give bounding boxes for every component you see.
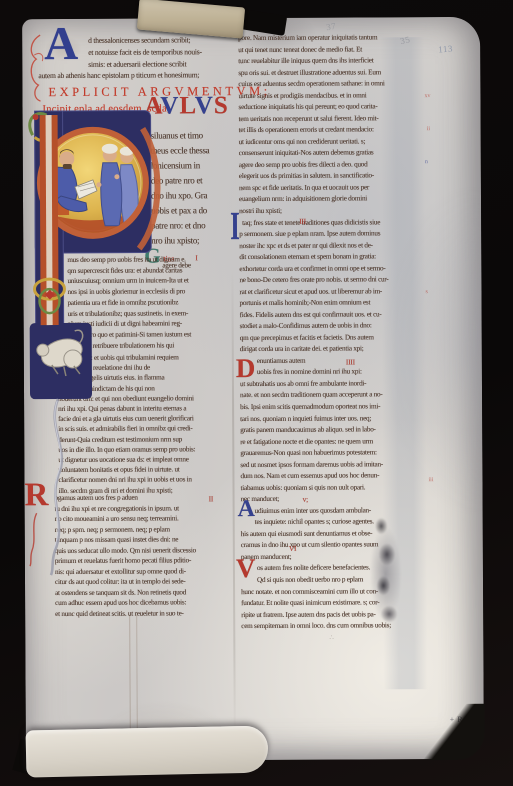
text-line: os autem fres nolite deficere benefacien… [241, 563, 427, 576]
text-line: cuius est aduentus secdm operationem sat… [238, 78, 424, 91]
initial-d: D [236, 355, 255, 382]
section-numeral-ii: II [209, 494, 214, 503]
pencil-collation-mark: + R [450, 715, 463, 724]
text-line: et nunc quid detineat scitis. ut reuelet… [55, 608, 241, 619]
text-line: gratis panem manducauimus ab aliquo. sed… [240, 424, 426, 437]
marginal-mark: s [425, 289, 427, 295]
text-line: fundatur. Et nolite quasi inimicum exist… [241, 597, 427, 610]
text-line: noster ihc xpc et ds et pater nr qui dil… [239, 240, 425, 253]
parchment-repair-strip [26, 725, 269, 777]
text-line: nem spc et fide ueritatis. In qua et uoc… [239, 182, 425, 195]
hand [114, 174, 119, 179]
initial-i: I [230, 206, 240, 246]
section-numeral-vi: VI [289, 544, 296, 553]
hand [96, 182, 101, 187]
capital-letter: V [195, 92, 214, 119]
text-line: enuntiamus autem [240, 355, 426, 368]
text-line: udiuimus enim inter uos quosdam ambulan- [241, 505, 427, 518]
marginal-mark: n [425, 159, 428, 165]
text-line: dit consolationem eternam et spem bonam … [239, 251, 425, 264]
slide-photo: 37 35 113 + R ∴ A d thessalonicenses sec… [0, 0, 513, 786]
text-line: cem sempiternam in omni loco. dns cum om… [241, 620, 427, 633]
paul-beard [63, 164, 72, 169]
text-line: uobis fres in nomine domini nri ihu xpi: [240, 367, 426, 380]
text-line: portunis et malis hominib;-Non enim omni… [240, 297, 426, 310]
text-line: lonicensium in [151, 158, 247, 174]
section-numeral-iiii: IIII [346, 357, 355, 366]
manuscript-page: 37 35 113 + R ∴ A d thessalonicenses sec… [22, 17, 484, 761]
text-line: dirigat corda ura in caritate dei. et pa… [240, 343, 426, 356]
capital-letter: L [179, 92, 195, 119]
text-line: ne bono-De cetero fres orate pro nobis. … [239, 274, 425, 287]
section-numeral-iii: III [299, 217, 306, 226]
capital-letter: V [160, 92, 179, 119]
text-line: spu oris sui. et destruet illustratione … [238, 67, 424, 80]
text-line: re et fatigatione nocte et die opantes: … [240, 436, 426, 449]
text-line: exhortetur corda ura et confirmet in omn… [239, 263, 425, 276]
text-line: tet illis ds operationem erroris ut cred… [239, 124, 425, 137]
text-line: qm que precepimus et facitis et facietis… [240, 332, 426, 345]
pencil-folio-mark: 37 [325, 21, 336, 32]
text-line: elegerit uos ds primitias in salutem. in… [239, 170, 425, 183]
text-line: deo patre nro et [151, 173, 247, 189]
text-line: sed ut nosmet ipsos formam daremus uobis… [240, 459, 426, 472]
marginal-mark: ii [427, 126, 430, 132]
text-line: ripite ut fratrem. Ipse autem dns pacis … [241, 609, 427, 622]
text-line: consenserunt iniquitati-Nos autem debemu… [239, 147, 425, 160]
gray-tail-flourish [50, 399, 62, 575]
initial-a: A [238, 497, 255, 521]
text-line: dno ihu xpo. Gra [151, 188, 247, 204]
text-line: rat et clarificetur sicut et apud uos. u… [239, 286, 425, 299]
text-line: ut qui tenet nunc teneat donec de medio … [238, 44, 424, 57]
argumentum-last-line: autem ab athenis hanc epistolam p titicu… [38, 70, 248, 80]
text-line: his autem qui eiusmodi sunt denuntiamus … [241, 528, 427, 541]
text-line: seductione iniquitatis his qui pereunt; … [238, 101, 424, 114]
text-line: stodiet a malo-Confidimus autem de uobis… [240, 320, 426, 333]
text-line: dum nos. Nam et cum essemus apud uos hoc… [240, 470, 426, 483]
text-line: ut subtrahatis uos ab omni fre ambulante… [240, 378, 426, 391]
text-line: nec manducet; [241, 493, 427, 506]
pencil-shelf-mark: 113 [438, 43, 453, 54]
marginal-mark: xv [424, 93, 430, 99]
text-line: tes inquiete: nichil opantes s; curiose … [241, 516, 427, 529]
text-line: fides. Fidelis autem dns est qui confirm… [240, 309, 426, 322]
right-column-text: pore. Nam misterium iam operatur iniquit… [238, 32, 427, 633]
text-line: uirtute signis et prodigiis mendacibus. … [238, 90, 424, 103]
text-line: bis. Ipsi enim scitis quemadmodum oporte… [240, 401, 426, 414]
text-line: nostri ihu xpisti; [239, 205, 425, 218]
text-line: theus eccle thessa [151, 143, 247, 159]
marginal-mark: iii [428, 477, 433, 483]
text-line: nate. et non secdm traditionem quam acce… [240, 390, 426, 403]
text-line: Qd si quis non obedit uerbo nro p eplam [241, 574, 427, 587]
tiny-bottom-mark: ∴ [329, 634, 334, 642]
text-line: euangelium nrm: in adquisitionem glorie … [239, 194, 425, 207]
initial-v: V [236, 555, 255, 582]
section-numeral-v: v; [303, 495, 308, 504]
companion-figure-front [101, 163, 122, 226]
text-line: hunc notate. et non commisceamini cum il… [241, 586, 427, 599]
text-line: agere deo semp pro uobis fres dilecti a … [239, 159, 425, 172]
capital-letter: S [214, 92, 229, 119]
text-line: taq; fres state et tenete traditiones qu… [239, 217, 425, 230]
companion-front-hood [102, 144, 118, 154]
text-line: grauaremus-Non quasi non habuerimus pote… [240, 447, 426, 460]
illuminated-initial-p [27, 106, 163, 577]
text-line: tem ueritatis non receperunt ut salui fi… [239, 113, 425, 126]
text-line: tari nos. quoniam n inquieti fuimus inte… [240, 413, 426, 426]
text-line: ut iudicentur oms qui non crediderunt ue… [239, 136, 425, 149]
text-line: tunc reuelabitur ille iniquus quem dns i… [238, 55, 424, 68]
text-line: p sermonem. siue p eplam nram. Ipse aute… [239, 228, 425, 241]
text-line: tiabamus uobis: quoniam si quis non uult… [240, 482, 426, 495]
text-line: cramus in dno ihu xpo ut cum silentio op… [241, 539, 427, 552]
text-line: pore. Nam misterium iam operatur iniquit… [238, 32, 424, 45]
text-line: panem manducent; [241, 551, 427, 564]
text-line: siluanus et timo [151, 128, 247, 144]
